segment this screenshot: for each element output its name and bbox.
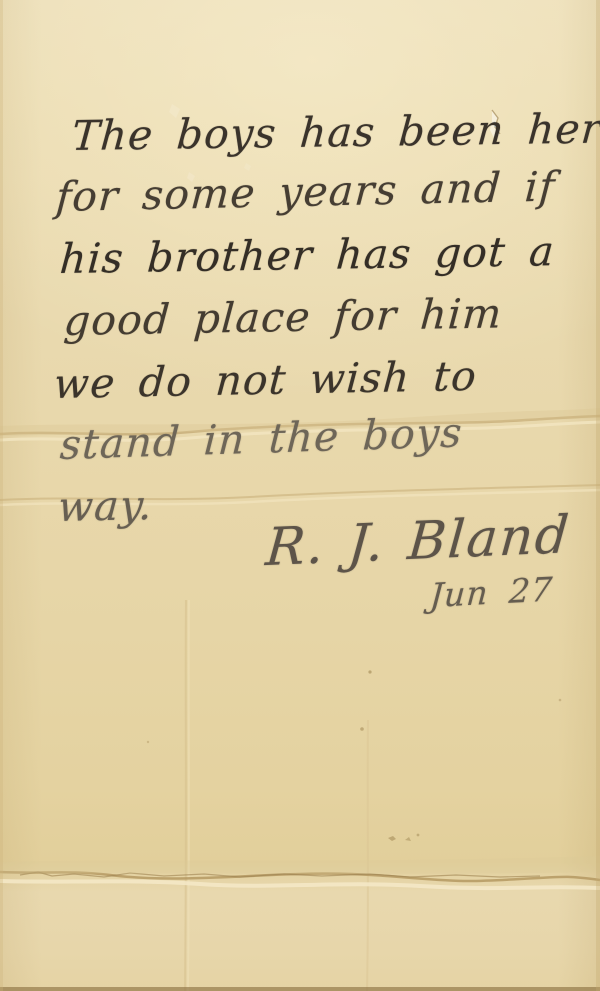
- paper-edge-left: [0, 0, 3, 991]
- fold-crease-vertical-left: [185, 600, 186, 991]
- fold-crease-horizontal-3-highlight: [0, 881, 600, 888]
- handwritten-line-3: his brother has got a: [58, 227, 556, 283]
- paper-edge-bottom: [0, 987, 600, 991]
- handwritten-line-1: The boys has been here: [70, 104, 600, 160]
- handwritten-line-7: way.: [56, 481, 154, 531]
- letter-scan: The boys has been here for some years an…: [0, 0, 600, 991]
- paper-speck: [147, 670, 562, 841]
- handwritten-line-4: good place for him: [62, 289, 504, 345]
- handwritten-line-5: we do not wish to: [52, 352, 478, 408]
- date-note: Jun 27: [429, 569, 555, 615]
- fold-crease-vertical-right: [367, 720, 368, 991]
- fold-crease-horizontal-3-band: [0, 856, 600, 874]
- fold-crease-vertical-left-highlight: [188, 600, 189, 991]
